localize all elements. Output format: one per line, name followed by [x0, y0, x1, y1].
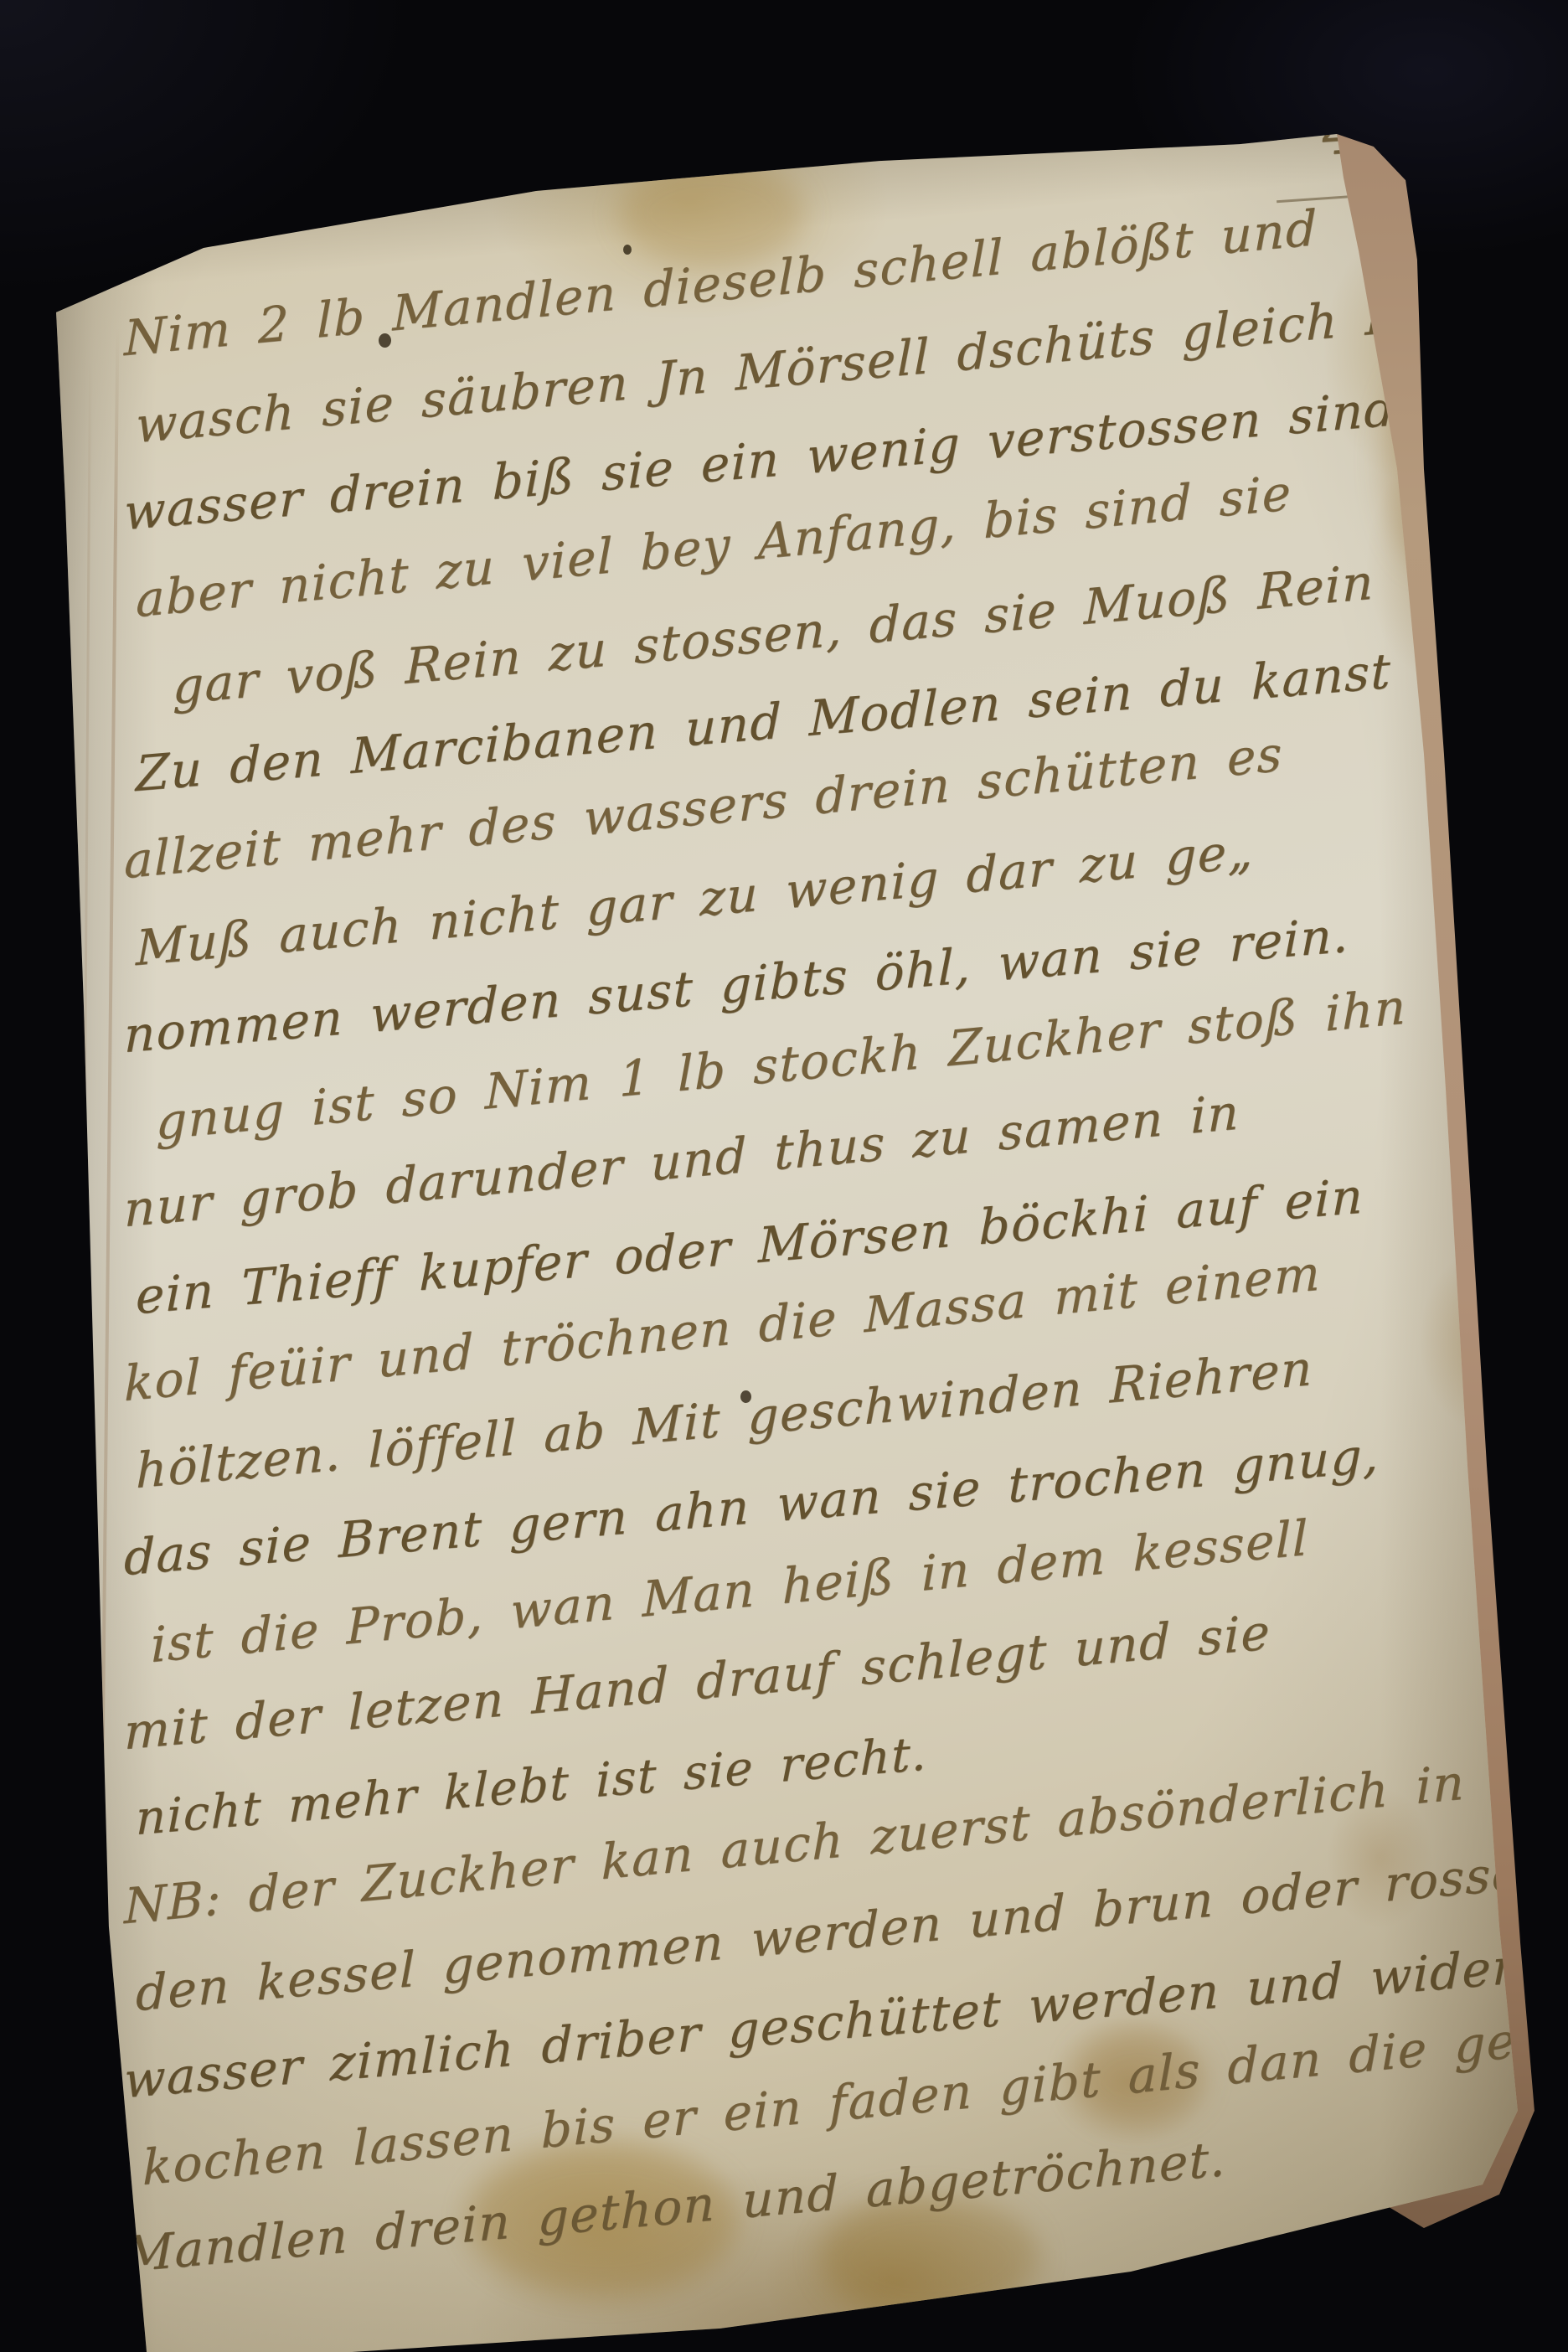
- manuscript-page: Marciban Maſſa. 4 Nim 2 lb Mandlen diese…: [0, 0, 1568, 2352]
- manuscript-text: Nim 2 lb Mandlen dieselb schell ablößt u…: [124, 295, 1380, 2298]
